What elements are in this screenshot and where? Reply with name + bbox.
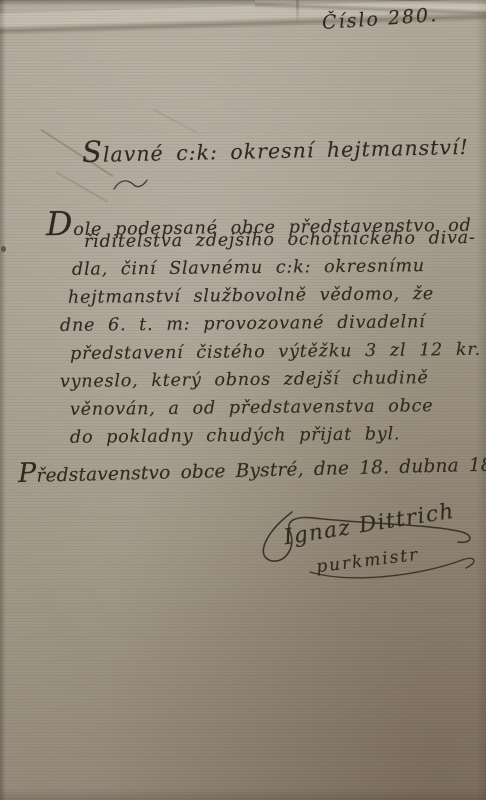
body-line: představení čistého výtěžku 3 zl 12 kr.: [70, 340, 481, 364]
paper-stain-speck: [1, 246, 6, 252]
pen-flourish-icon: [112, 176, 150, 194]
body-line: řiditelstva zdejšího ochotnického diva-: [84, 228, 476, 252]
paper-scratch-mark: [153, 108, 198, 133]
paper-crease-vertical: [296, 0, 299, 26]
body-line: hejtmanství službovolně vědomo, že: [68, 284, 434, 308]
body-line: dla, činí Slavnému c:k: okresnímu: [72, 256, 425, 280]
body-line: do pokladny chudých přijat byl.: [70, 424, 401, 447]
scanned-document: Číslo 280. Slavné c:k: okresní hejtmanst…: [0, 0, 486, 800]
body-line: věnován, a od představenstva obce: [70, 396, 434, 420]
body-line: dne 6. t. m: provozované divadelní: [60, 312, 426, 336]
body-line: vyneslo, který obnos zdejší chudině: [60, 368, 429, 392]
paper-sheet: Číslo 280. Slavné c:k: okresní hejtmanst…: [0, 0, 486, 800]
paper-scratch-mark: [56, 171, 109, 202]
salutation-line: Slavné c:k: okresní hejtmanství!: [82, 127, 469, 169]
dateline: Představenstvo obce Bystré, dne 18. dubn…: [18, 446, 486, 489]
